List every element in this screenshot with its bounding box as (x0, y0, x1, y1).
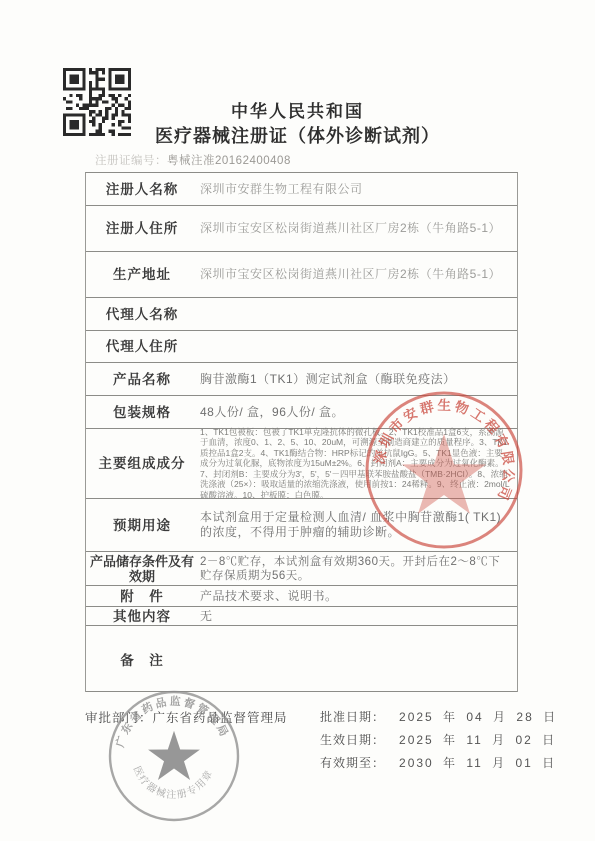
document-title-country: 中华人民共和国 (0, 97, 595, 122)
table-row-registrant-name: 注册人名称 深圳市安群生物工程有限公司 (86, 173, 517, 206)
table-row-intended-use: 预期用途 本试剂盒用于定量检测人血清/ 血浆中胸苷激酶1( TK1)的浓度，不得… (86, 499, 517, 552)
row-label: 代理人名称 (86, 306, 198, 323)
approval-department-value: 广东省药品监督管理局 (153, 711, 288, 725)
table-row-agent-name: 代理人名称 (86, 298, 517, 331)
row-label: 注册人住所 (86, 220, 198, 237)
effective-date-line: 生效日期：2025 年 11 月 02 日 (320, 729, 557, 752)
row-value (198, 345, 517, 349)
row-label: 代理人住所 (86, 338, 198, 355)
table-row-registrant-address: 注册人住所 深圳市宝安区松岗街道燕川社区厂房2栋（牛角路5-1） (86, 206, 517, 252)
row-value: 1、TK1包被板：包被了TK1单克隆抗体的微孔板。2、TK1校准品1盒6支，系溯… (198, 425, 517, 503)
row-label: 生产地址 (86, 266, 198, 283)
row-value: 2－8℃贮存，本试剂盒有效期360天。开封后在2～8℃下贮存保质期为56天。 (198, 553, 517, 585)
registration-number-label: 注册证编号： (95, 155, 167, 167)
table-row-attachments: 附 件 产品技术要求、说明书。 (86, 586, 517, 607)
row-value: 深圳市安群生物工程有限公司 (198, 180, 517, 199)
table-row-remarks: 备 注 (86, 626, 517, 692)
row-value (198, 626, 517, 630)
date-block: 批准日期：2025 年 04 月 28 日 生效日期：2025 年 11 月 0… (320, 706, 557, 775)
expiry-date-line: 有效期至：2030 年 11 月 01 日 (320, 752, 557, 775)
row-label: 注册人名称 (86, 181, 198, 198)
row-label: 其他内容 (86, 608, 198, 625)
effective-date-value: 2025 年 11 月 02 日 (399, 733, 556, 747)
row-label: 产品储存条件及有效期 (86, 554, 198, 584)
row-label: 备 注 (86, 626, 198, 669)
approval-date-value: 2025 年 04 月 28 日 (399, 710, 557, 724)
row-value: 本试剂盒用于定量检测人血清/ 血浆中胸苷激酶1( TK1)的浓度，不得用于肿瘤的… (198, 508, 517, 542)
approval-date-line: 批准日期：2025 年 04 月 28 日 (320, 706, 557, 729)
table-row-product-name: 产品名称 胸苷激酶1（TK1）测定试剂盒（酶联免疫法） (86, 363, 517, 396)
registration-certificate-page: 中华人民共和国 医疗器械注册证（体外诊断试剂） 注册证编号：粤械注准201624… (0, 0, 595, 841)
certificate-table: 注册人名称 深圳市安群生物工程有限公司 注册人住所 深圳市宝安区松岗街道燕川社区… (85, 172, 518, 692)
row-label: 主要组成成分 (86, 455, 198, 472)
row-label: 包装规格 (86, 404, 198, 421)
approval-department-label: 审批部门： (85, 711, 153, 725)
row-label: 附 件 (86, 588, 198, 605)
row-label: 产品名称 (86, 371, 198, 388)
row-value: 48人份/ 盒，96人份/ 盒。 (198, 403, 517, 422)
svg-text:医疗器械注册专用章: 医疗器械注册专用章 (131, 764, 216, 801)
table-row-agent-address: 代理人住所 (86, 331, 517, 363)
row-value (198, 312, 517, 316)
effective-date-label: 生效日期： (320, 733, 385, 747)
row-label: 预期用途 (86, 517, 198, 534)
row-value: 无 (198, 607, 517, 626)
expiry-date-value: 2030 年 11 月 01 日 (399, 756, 556, 770)
row-value: 深圳市宝安区松岗街道燕川社区厂房2栋（牛角路5-1） (198, 265, 517, 284)
authority-seal-icon: 广东省药品监督管理局 医疗器械注册专用章 (104, 686, 244, 826)
document-title-certificate: 医疗器械注册证（体外诊断试剂） (0, 122, 595, 148)
table-row-other-content: 其他内容 无 (86, 607, 517, 626)
approval-department-line: 审批部门：广东省药品监督管理局 (85, 708, 288, 726)
table-row-main-components: 主要组成成分 1、TK1包被板：包被了TK1单克隆抗体的微孔板。2、TK1校准品… (86, 429, 517, 499)
expiry-date-label: 有效期至： (320, 756, 385, 770)
authority-seal-bottom-text: 医疗器械注册专用章 (131, 764, 216, 801)
table-row-storage-validity: 产品储存条件及有效期 2－8℃贮存，本试剂盒有效期360天。开封后在2～8℃下贮… (86, 552, 517, 586)
row-value: 产品技术要求、说明书。 (198, 587, 517, 606)
table-row-production-address: 生产地址 深圳市宝安区松岗街道燕川社区厂房2栋（牛角路5-1） (86, 252, 517, 298)
row-value: 深圳市宝安区松岗街道燕川社区厂房2栋（牛角路5-1） (198, 219, 517, 238)
row-value: 胸苷激酶1（TK1）测定试剂盒（酶联免疫法） (198, 370, 517, 389)
approval-date-label: 批准日期： (320, 710, 385, 724)
registration-number-line: 注册证编号：粤械注准20162400408 (95, 152, 291, 168)
registration-number-value: 粤械注准20162400408 (167, 155, 291, 167)
